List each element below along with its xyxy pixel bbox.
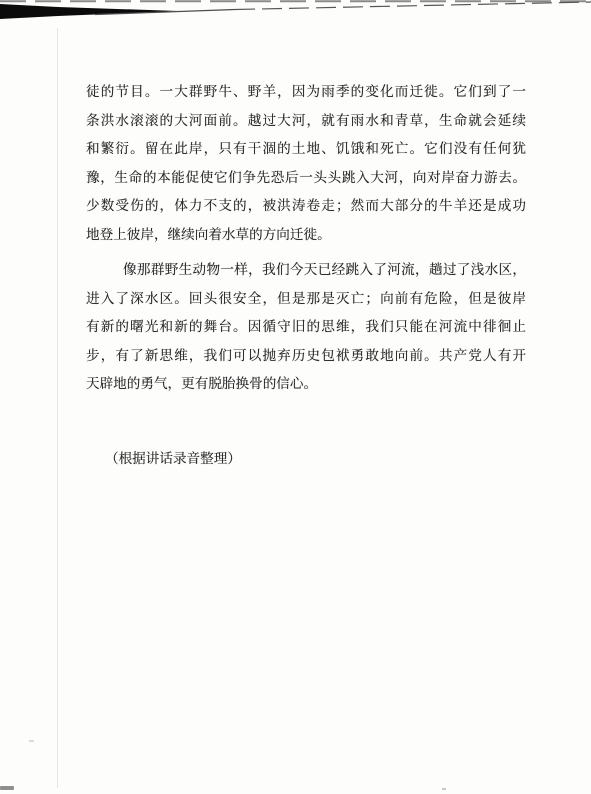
scan-artifact-speck [0, 786, 14, 790]
text-line: 地登上彼岸，继续向着水草的方向迁徙。 [86, 221, 526, 250]
text-line: 进入了深水区。回头很安全，但是那是灭亡；向前有危险，但是彼岸 [86, 285, 526, 314]
scan-artifact-fold-line [57, 28, 58, 788]
paragraph-1: 徒的节目。一大群野牛、野羊，因为雨季的变化而迁徙。它们到了一 条洪水滚滚的大河面… [86, 78, 526, 249]
text-line: 条洪水滚滚的大河面前。越过大河，就有雨水和青草，生命就会延续 [86, 107, 526, 136]
text-line: 有新的曙光和新的舞台。因循守旧的思维，我们只能在河流中徘徊止 [86, 313, 526, 342]
text-line: 徒的节目。一大群野牛、野羊，因为雨季的变化而迁徙。它们到了一 [86, 78, 526, 107]
text-line: 天辟地的勇气，更有脱胎换骨的信心。 [86, 370, 526, 399]
scan-artifact-top [0, 0, 591, 26]
scanned-document-page: 徒的节目。一大群野牛、野羊，因为雨季的变化而迁徙。它们到了一 条洪水滚滚的大河面… [0, 0, 591, 794]
text-line: 步，有了新思维，我们可以抛弃历史包袱勇敢地向前。共产党人有开 [86, 342, 526, 371]
paragraph-2: 像那群野生动物一样，我们今天已经跳入了河流，趟过了浅水区， 进入了深水区。回头很… [86, 256, 526, 399]
scan-artifact-crease-right [235, 2, 591, 10]
attribution-note: （根据讲话录音整理） [86, 445, 526, 474]
text-line: 豫，生命的本能促使它们争先恐后一头头跳入大河，向对岸奋力游去。 [86, 164, 526, 193]
scan-artifact-wedge [0, 4, 178, 19]
document-body: 徒的节目。一大群野牛、野羊，因为雨季的变化而迁徙。它们到了一 条洪水滚滚的大河面… [86, 78, 526, 473]
scan-artifact-speck [29, 740, 34, 742]
text-line: 像那群野生动物一样，我们今天已经跳入了河流，趟过了浅水区， [86, 256, 526, 285]
scan-artifact-speck [442, 788, 446, 790]
text-line: 和繁衍。留在此岸，只有干涸的土地、饥饿和死亡。它们没有任何犹 [86, 135, 526, 164]
text-line: 少数受伤的，体力不支的，被洪涛卷走；然而大部分的牛羊还是成功 [86, 192, 526, 221]
